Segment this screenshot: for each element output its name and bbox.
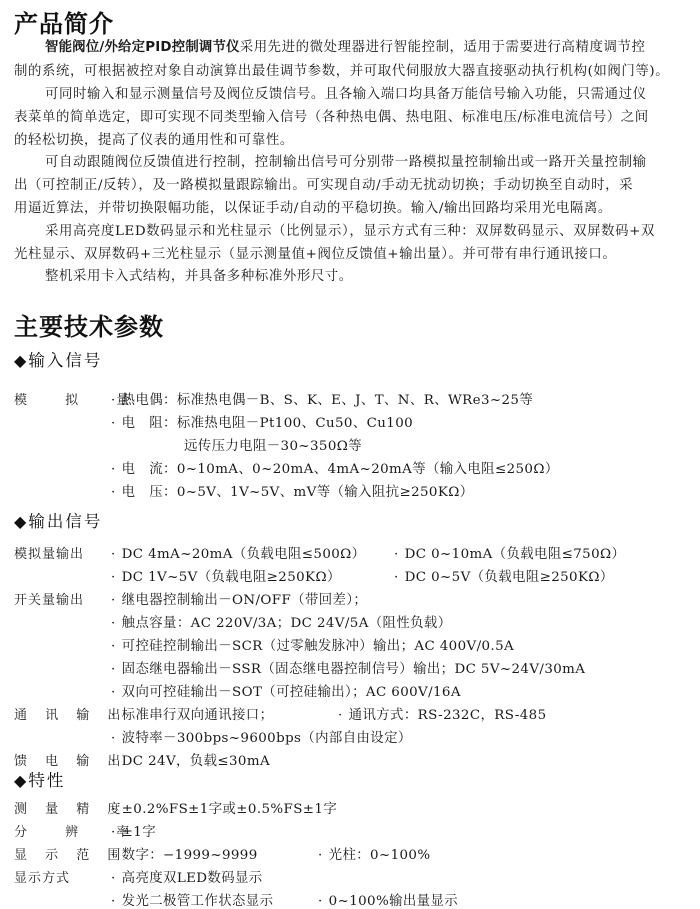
- output-signal-heading: ◆输出信号: [14, 508, 102, 532]
- output-analog-0-10ma: DC 0~10mA（负载电阻≤750Ω）: [394, 543, 625, 562]
- display-range-digital: 数字：−1999~9999: [111, 844, 258, 863]
- output-relay: 继电器控制输出－ON/OFF（带回差）；: [111, 589, 367, 608]
- display-range-bar: 光柱：0~100%: [318, 844, 430, 863]
- intro-paragraph-2-line-2: 表菜单的简单选定，即可实现不同类型输入信号（各种热电偶、热电阻、标准电压/标准电…: [14, 106, 649, 129]
- input-voltage: 电 压：0~5V、1V~5V、mV等（输入阻抗≥250KΩ）: [111, 481, 474, 500]
- output-analog-1-5v: DC 1V~5V（负载电阻≥250KΩ）: [111, 566, 341, 585]
- output-sot: 双向可控硅输出－SOT（可控硅输出）；AC 600V/16A: [111, 681, 461, 700]
- display-mode-label: 显示方式: [14, 867, 70, 886]
- input-signal-heading: ◆输入信号: [14, 347, 102, 371]
- input-resistance: 电 阻：标准热电阻－Pt100、Cu50、Cu100: [111, 412, 413, 431]
- intro-paragraph-1-line-2: 制的系统，可根据被控对象自动演算出最佳调节参数，并可取代伺服放大器直接驱动执行机…: [14, 60, 669, 83]
- specs-title: 主要技术参数: [14, 307, 164, 342]
- intro-paragraph-3-line-1: 可自动跟随阀位反馈值进行控制，控制输出信号可分别带一路模拟量控制输出或一路开关量…: [45, 151, 647, 174]
- output-baud-rate: 波特率－300bps~9600bps（内部自由设定）: [111, 727, 412, 746]
- intro-paragraph-1-line-1: 智能阀位/外给定PID控制调节仪采用先进的微处理器进行智能控制，适用于需要进行高…: [45, 36, 645, 59]
- product-name: 智能阀位/外给定PID控制调节仪: [45, 40, 240, 55]
- intro-paragraph-3-line-2: 出（可控制正/反转），及一路模拟量跟踪输出。可实现自动/手动无扰动切换；手动切换…: [14, 174, 633, 197]
- input-current: 电 流：0~10mA、0~20mA、4mA~20mA等（输入电阻≤250Ω）: [111, 458, 559, 477]
- intro-paragraph-5-line-1: 整机采用卡入式结构，并具备多种标准外形尺寸。: [45, 265, 353, 288]
- intro-paragraph-4-line-2: 光柱显示、双屏数码+三光柱显示（显示测量值+阀位反馈值+输出量）。并可带有串行通…: [14, 243, 616, 266]
- diamond-icon: ◆: [14, 351, 28, 370]
- intro-p1-text: 采用先进的微处理器进行智能控制，适用于需要进行高精度调节控: [240, 40, 646, 55]
- output-analog-4-20ma: DC 4mA~20mA（负载电阻≤500Ω）: [111, 543, 365, 562]
- intro-paragraph-4-line-1: 采用高亮度LED数码显示和光柱显示（比例显示），显示方式有三种：双屏数码显示、双…: [45, 220, 655, 243]
- accuracy-value: ±0.2%FS±1字或±0.5%FS±1字: [111, 798, 337, 817]
- output-analog-0-5v: DC 0~5V（负载电阻≥250KΩ）: [394, 566, 614, 585]
- display-mode-output: 0~100%输出量显示: [318, 890, 458, 909]
- input-remote-pressure: 远传压力电阻－30~350Ω等: [184, 435, 362, 454]
- intro-title: 产品简介: [14, 4, 114, 39]
- output-serial-interface: 标准串行双向通讯接口；: [111, 704, 273, 723]
- features-heading: ◆特性: [14, 767, 65, 791]
- output-comm-mode: 通讯方式：RS-232C，RS-485: [338, 704, 547, 723]
- output-ssr: 固态继电器输出－SSR（固态继电器控制信号）输出；DC 5V~24V/30mA: [111, 658, 585, 677]
- diamond-icon: ◆: [14, 512, 28, 531]
- output-scr: 可控硅控制输出－SCR（过零触发脉冲）输出；AC 400V/0.5A: [111, 635, 514, 654]
- input-thermocouple: 热电偶：标准热电偶－B、S、K、E、J、T、N、R、WRe3~25等: [111, 389, 533, 408]
- output-contact-capacity: 触点容量：AC 220V/3A；DC 24V/5A（阻性负载）: [111, 612, 452, 631]
- display-mode-status: 发光二极管工作状态显示: [111, 890, 273, 909]
- intro-paragraph-2-line-3: 的轻松切换，提高了仪表的通用性和可靠性。: [14, 129, 294, 152]
- intro-paragraph-3-line-3: 用逼近算法，并带切换限幅功能，以保证手动/自动的平稳切换。输入/输出回路均采用光…: [14, 197, 612, 220]
- analog-output-label: 模拟量输出: [14, 543, 84, 562]
- resolution-value: ±1字: [111, 821, 156, 840]
- diamond-icon: ◆: [14, 771, 28, 790]
- output-feed-power: DC 24V，负载≤30mA: [111, 750, 270, 769]
- display-mode-led: 高亮度双LED数码显示: [111, 867, 263, 886]
- switch-output-label: 开关量输出: [14, 589, 84, 608]
- intro-paragraph-2-line-1: 可同时输入和显示测量信号及阀位反馈信号。且各输入端口均具备万能信号输入功能，只需…: [45, 83, 647, 106]
